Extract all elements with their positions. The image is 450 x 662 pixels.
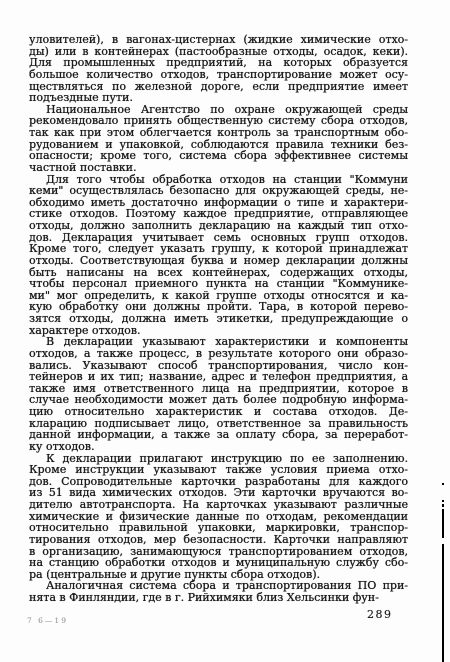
text-line: дителю автотранспорта. На карточках указ… [29,499,408,511]
text-line: кеми" осуществлялась безопасно для окруж… [29,185,408,197]
print-signature: 7 6—19 [27,616,68,625]
text-line: так как при этом облегчается контроль за… [29,127,408,139]
paragraph: В декларации указывают характеристики и … [29,336,408,452]
paragraph: Аналогичная система сбора и транспортиро… [29,580,408,603]
text-line: Кроме инструкции указывают также условия… [29,464,408,476]
scan-artifact-dot [442,500,444,502]
text-line: чтобы персонал приемного пункта на станц… [29,278,408,290]
text-line: подъездные пути. [29,92,408,104]
scan-artifact-line [442,544,444,662]
text-line: цию относительно характеристик и состава… [29,406,408,418]
body-text: уловителей), в вагонах-цистернах (жидкие… [29,34,408,604]
text-line: отходов, а также процесс, в результате к… [29,348,408,360]
scan-artifact-line [442,509,444,538]
paragraph: К декларации прилагают инструкцию по ее … [29,453,408,581]
text-line: на станцию обработки отходов и муниципал… [29,557,408,569]
text-line: отходы. Соответствующая буква и номер де… [29,255,408,267]
text-line: уловителей), в вагонах-цистернах (жидкие… [29,34,408,46]
scan-artifact-dot [442,504,444,507]
text-line: большое количество отходов, транспортиро… [29,69,408,81]
text-line: частной поставки. [29,162,408,174]
text-line: зятся отходы, должна иметь этикетки, пре… [29,313,408,325]
text-line: отходы, должно заполнить декларацию на к… [29,220,408,232]
scanned-book-page: уловителей), в вагонах-цистернах (жидкие… [0,0,450,662]
text-line: ку отходов. [29,441,408,453]
page-number: 289 [367,608,393,621]
paragraph: уловителей), в вагонах-цистернах (жидкие… [29,34,408,104]
paragraph: Для того чтобы обработка отходов на стан… [29,174,408,337]
text-line: нята в Финляндии, где в г. Рийхимяки бли… [29,592,408,604]
paragraph: Национальное Агентство по охране окружаю… [29,104,408,174]
text-line: тирования отходов, мер безопасности. Кар… [29,534,408,546]
text-line: тейнеров и их тип; название, адрес и тел… [29,371,408,383]
scan-artifact-dot [442,483,444,485]
